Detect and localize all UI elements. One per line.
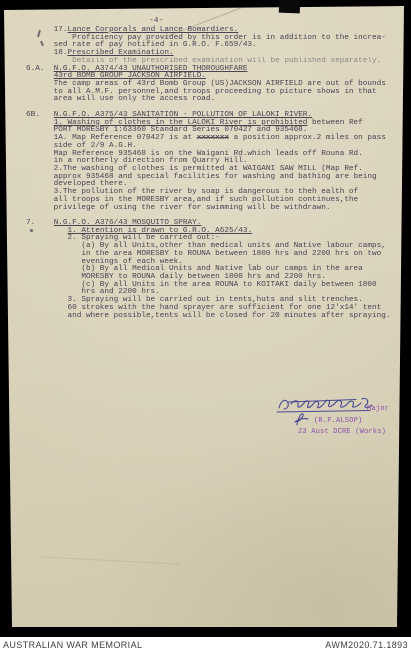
- catalog-id: AWM2020.71.1893: [325, 640, 408, 650]
- page-number: -4-: [149, 17, 164, 25]
- paper-crease: [40, 556, 180, 564]
- signatory-name: (R.F.ALSOP): [314, 417, 362, 425]
- typed-line: privilege of using the river for swimmin…: [26, 205, 398, 213]
- typed-line: area will use only the access road.: [26, 96, 398, 104]
- typed-line: Details of the prescribed examination wi…: [26, 58, 398, 66]
- signatory-rank: Major: [367, 405, 389, 413]
- institution-label: AUSTRALIAN WAR MEMORIAL: [3, 640, 142, 650]
- pen-mark: [30, 229, 33, 232]
- film-notch: [279, 0, 300, 13]
- typed-line: and where possible,tents will be closed …: [26, 313, 398, 321]
- handwritten-for: [291, 411, 311, 429]
- signatory-unit: 23 Aust DCRE (Works): [298, 428, 386, 436]
- typed-lines: 17.Lance Corporals and Lance Bomardiers.…: [26, 27, 398, 320]
- scanned-document: -4- 17.Lance Corporals and Lance Bomardi…: [0, 0, 411, 653]
- archive-caption-bar: AUSTRALIAN WAR MEMORIAL AWM2020.71.1893: [0, 637, 411, 653]
